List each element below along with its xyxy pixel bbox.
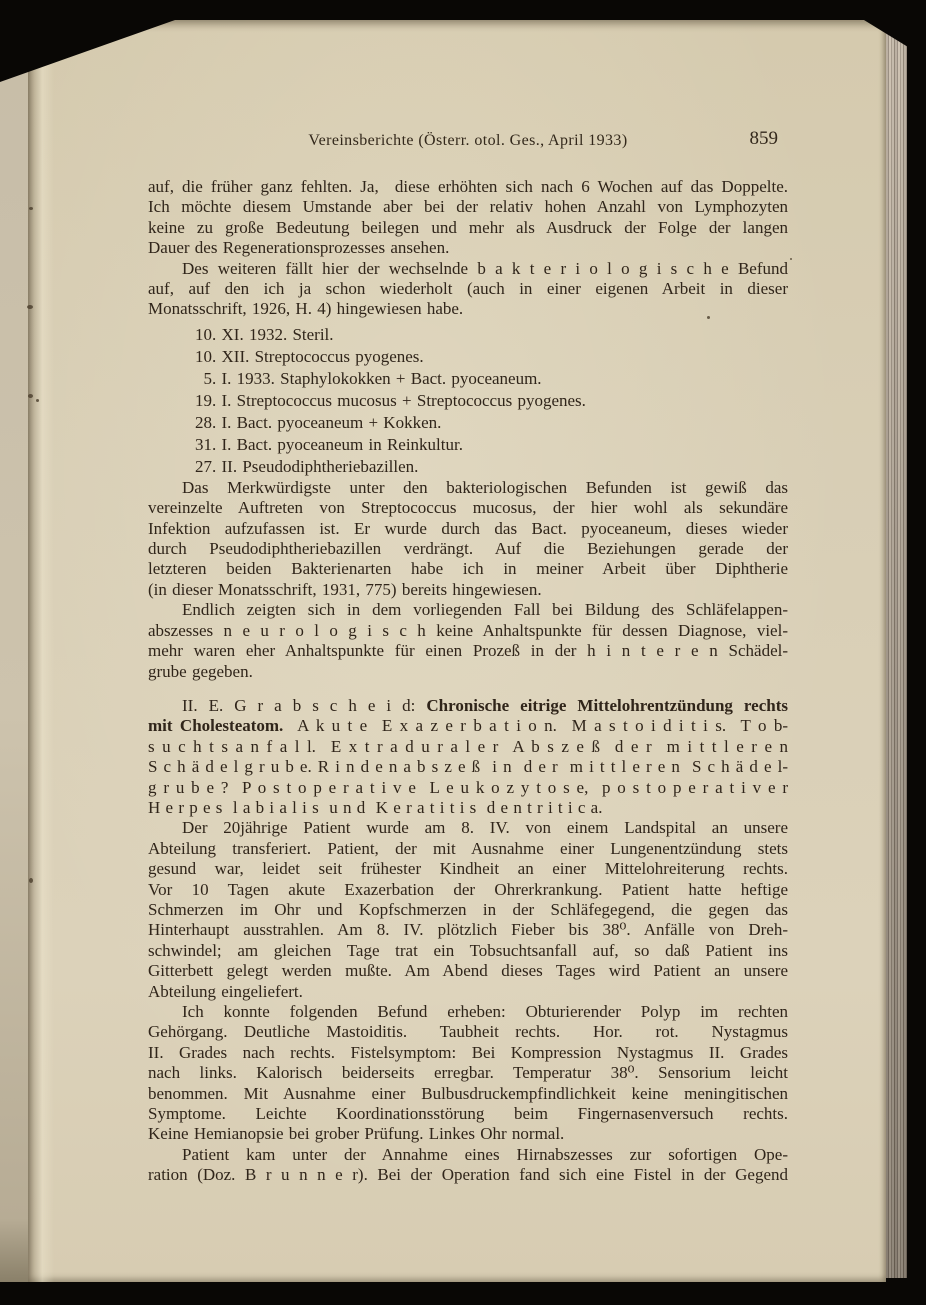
- text-line: Keine Hemianopsie bei grober Prüfung. Li…: [148, 1124, 788, 1144]
- body-text: Ich möchte diesem Umstande aber bei der …: [148, 197, 788, 216]
- body-text: Gitterbett gelegt werden mußte. Am Abend…: [148, 961, 788, 980]
- body-text: abszesses n e u r o l o g i s c h keine …: [148, 621, 788, 640]
- text-line: grube gegeben.: [148, 662, 788, 682]
- text-line: Das Merkwürdigste unter den bakteriologi…: [148, 478, 788, 498]
- body-text: grube gegeben.: [148, 662, 253, 681]
- body-text: H e r p e s l a b i a l i s u n d K e r …: [148, 798, 602, 817]
- text-line: Gehörgang. Deutliche Mastoiditis. Taubhe…: [148, 1022, 788, 1042]
- text-line: S c h ä d e l g r u b e. R i n d e n a b…: [148, 757, 788, 777]
- body-text: Symptome. Leichte Koordinationsstörung b…: [148, 1104, 788, 1123]
- body-text: vereinzelte Auftreten von Streptococcus …: [148, 498, 788, 517]
- text-line: II. E. G r a b s c h e i d: Chronische e…: [148, 696, 788, 716]
- text-line: Patient kam unter der Annahme eines Hirn…: [148, 1145, 788, 1165]
- body-text: nach links. Kalorisch beiderseits erregb…: [148, 1063, 788, 1082]
- body-text: schwindel; am gleichen Tage trat ein Tob…: [148, 941, 788, 960]
- list-item: 19. I. Streptococcus mucosus + Streptoco…: [195, 390, 788, 412]
- text-line: durch Pseudodiphtheriebazillen verdrängt…: [148, 539, 788, 559]
- text-line: vereinzelte Auftreten von Streptococcus …: [148, 498, 788, 518]
- body-text: Hinterhaupt ausstrahlen. Am 8. IV. plötz…: [148, 920, 788, 939]
- bold-text: mit Cholesteatom.: [148, 716, 283, 735]
- text-line: g r u b e ? P o s t o p e r a t i v e L …: [148, 778, 788, 798]
- body-text: Abteilung transferiert. Patient, der mit…: [148, 839, 788, 858]
- ink-speck: [36, 399, 39, 402]
- body-text: Endlich zeigten sich in dem vorliegenden…: [182, 600, 788, 619]
- text-line: Abteilung transferiert. Patient, der mit…: [148, 839, 788, 859]
- text-line: Endlich zeigten sich in dem vorliegenden…: [148, 600, 788, 620]
- text-line: Dauer des Regenerationsprozesses ansehen…: [148, 238, 788, 258]
- paragraph: Des weiteren fällt hier der wechselnde b…: [148, 259, 788, 320]
- text-line: keine zu große Bedeutung beilegen und me…: [148, 218, 788, 238]
- body-text: mehr waren eher Anhaltspunkte für einen …: [148, 641, 788, 660]
- list-item: 10. XII. Streptococcus pyogenes.: [195, 346, 788, 368]
- body-text: S c h ä d e l g r u b e. R i n d e n a b…: [148, 757, 788, 776]
- body-text: letzteren beiden Bakterienarten habe ich…: [148, 559, 788, 578]
- text-column: auf, die früher ganz fehlten. Ja, diese …: [148, 177, 788, 1186]
- body-text: Der 20jährige Patient wurde am 8. IV. vo…: [182, 818, 788, 837]
- ink-speck: [29, 207, 33, 210]
- body-text: Abteilung eingeliefert.: [148, 982, 303, 1001]
- list-item: 5. I. 1933. Staphylokokken + Bact. pyoce…: [195, 368, 788, 390]
- text-line: Infektion aufzufassen ist. Er wurde durc…: [148, 519, 788, 539]
- paragraph: Endlich zeigten sich in dem vorliegenden…: [148, 600, 788, 682]
- body-text: Patient kam unter der Annahme eines Hirn…: [182, 1145, 788, 1164]
- ink-speck: [29, 878, 33, 883]
- body-text: gesund war, leidet seit frühester Kindhe…: [148, 859, 788, 878]
- text-line: s u c h t s a n f a l l. E x t r a d u r…: [148, 737, 788, 757]
- page-stack-edge: [886, 28, 907, 1278]
- text-line: gesund war, leidet seit frühester Kindhe…: [148, 859, 788, 879]
- paragraph: auf, die früher ganz fehlten. Ja, diese …: [148, 177, 788, 259]
- list-item: 10. XI. 1932. Steril.: [195, 324, 788, 346]
- text-line: auf, auf den ich ja schon wiederholt (au…: [148, 279, 788, 299]
- text-line: Vor 10 Tagen akute Exazerbation der Ohre…: [148, 880, 788, 900]
- list-item: 31. I. Bact. pyoceaneum in Reinkultur.: [195, 434, 788, 456]
- body-text: Dauer des Regenerationsprozesses ansehen…: [148, 238, 449, 257]
- running-header: Vereinsberichte (Österr. otol. Ges., Apr…: [148, 132, 788, 150]
- body-text: Des weiteren fällt hier der wechselnde b…: [182, 259, 788, 278]
- text-line: H e r p e s l a b i a l i s u n d K e r …: [148, 798, 788, 818]
- ink-speck: [27, 305, 33, 309]
- text-line: abszesses n e u r o l o g i s c h keine …: [148, 621, 788, 641]
- body-text: Ich konnte folgenden Befund erheben: Obt…: [182, 1002, 788, 1021]
- paragraph: Der 20jährige Patient wurde am 8. IV. vo…: [148, 818, 788, 1002]
- body-text: ration (Doz. B r u n n e r). Bei der Ope…: [148, 1165, 788, 1184]
- text-line: ration (Doz. B r u n n e r). Bei der Ope…: [148, 1165, 788, 1185]
- body-text: s u c h t s a n f a l l. E x t r a d u r…: [148, 737, 788, 756]
- body-text: Das Merkwürdigste unter den bakteriologi…: [182, 478, 788, 497]
- text-line: Symptome. Leichte Koordinationsstörung b…: [148, 1104, 788, 1124]
- culture-date-list: 10. XI. 1932. Steril.10. XII. Streptococ…: [148, 324, 788, 478]
- body-text: Gehörgang. Deutliche Mastoiditis. Taubhe…: [148, 1022, 788, 1041]
- text-line: Des weiteren fällt hier der wechselnde b…: [148, 259, 788, 279]
- body-text: A k u t e E x a z e r b a t i o n. M a s…: [283, 716, 788, 735]
- text-line: Hinterhaupt ausstrahlen. Am 8. IV. plötz…: [148, 920, 788, 940]
- ink-speck: [28, 394, 33, 398]
- body-text: Vor 10 Tagen akute Exazerbation der Ohre…: [148, 880, 788, 899]
- body-text: keine zu große Bedeutung beilegen und me…: [148, 218, 788, 237]
- body-text: (in dieser Monatsschrift, 1931, 775) ber…: [148, 580, 542, 599]
- scanned-page: Vereinsberichte (Österr. otol. Ges., Apr…: [0, 0, 926, 1305]
- text-line: letzteren beiden Bakterienarten habe ich…: [148, 559, 788, 579]
- gutter-page-edge: [0, 20, 28, 1282]
- body-text: auf, die früher ganz fehlten. Ja, diese …: [148, 177, 788, 196]
- list-item: 27. II. Pseudodiphtheriebazillen.: [195, 456, 788, 478]
- text-line: Schmerzen im Ohr und Kopfschmerzen in de…: [148, 900, 788, 920]
- paragraph: Das Merkwürdigste unter den bakteriologi…: [148, 478, 788, 600]
- text-line: mit Cholesteatom. A k u t e E x a z e r …: [148, 716, 788, 736]
- text-line: Der 20jährige Patient wurde am 8. IV. vo…: [148, 818, 788, 838]
- body-text: benommen. Mit Ausnahme einer Bulbusdruck…: [148, 1084, 788, 1103]
- text-line: II. Grades nach rechts. Fistelsymptom: B…: [148, 1043, 788, 1063]
- body-text: II. Grades nach rechts. Fistelsymptom: B…: [148, 1043, 788, 1062]
- text-line: schwindel; am gleichen Tage trat ein Tob…: [148, 941, 788, 961]
- body-text: auf, auf den ich ja schon wiederholt (au…: [148, 279, 788, 298]
- text-line: Monatsschrift, 1926, H. 4) hingewiesen h…: [148, 299, 788, 319]
- body-text: durch Pseudodiphtheriebazillen verdrängt…: [148, 539, 788, 558]
- bold-text: Chronische eitrige Mittelohrentzündung r…: [426, 696, 788, 715]
- text-line: nach links. Kalorisch beiderseits erregb…: [148, 1063, 788, 1083]
- body-text: Schmerzen im Ohr und Kopfschmerzen in de…: [148, 900, 788, 919]
- text-line: (in dieser Monatsschrift, 1931, 775) ber…: [148, 580, 788, 600]
- paragraph: Patient kam unter der Annahme eines Hirn…: [148, 1145, 788, 1186]
- body-text: g r u b e ? P o s t o p e r a t i v e L …: [148, 778, 788, 797]
- body-text: Infektion aufzufassen ist. Er wurde durc…: [148, 519, 788, 538]
- text-line: Abteilung eingeliefert.: [148, 982, 788, 1002]
- paragraph: II. E. G r a b s c h e i d: Chronische e…: [148, 696, 788, 818]
- body-text: Monatsschrift, 1926, H. 4) hingewiesen h…: [148, 299, 463, 318]
- paragraph: Ich konnte folgenden Befund erheben: Obt…: [148, 1002, 788, 1145]
- body-text: II. E. G r a b s c h e i d:: [182, 696, 426, 715]
- ink-speck: [790, 258, 792, 260]
- text-line: mehr waren eher Anhaltspunkte für einen …: [148, 641, 788, 661]
- page-number: 859: [750, 128, 779, 150]
- text-line: auf, die früher ganz fehlten. Ja, diese …: [148, 177, 788, 197]
- text-line: Ich konnte folgenden Befund erheben: Obt…: [148, 1002, 788, 1022]
- list-item: 28. I. Bact. pyoceaneum + Kokken.: [195, 412, 788, 434]
- body-text: Keine Hemianopsie bei grober Prüfung. Li…: [148, 1124, 564, 1143]
- text-line: Ich möchte diesem Umstande aber bei der …: [148, 197, 788, 217]
- text-line: benommen. Mit Ausnahme einer Bulbusdruck…: [148, 1084, 788, 1104]
- text-line: Gitterbett gelegt werden mußte. Am Abend…: [148, 961, 788, 981]
